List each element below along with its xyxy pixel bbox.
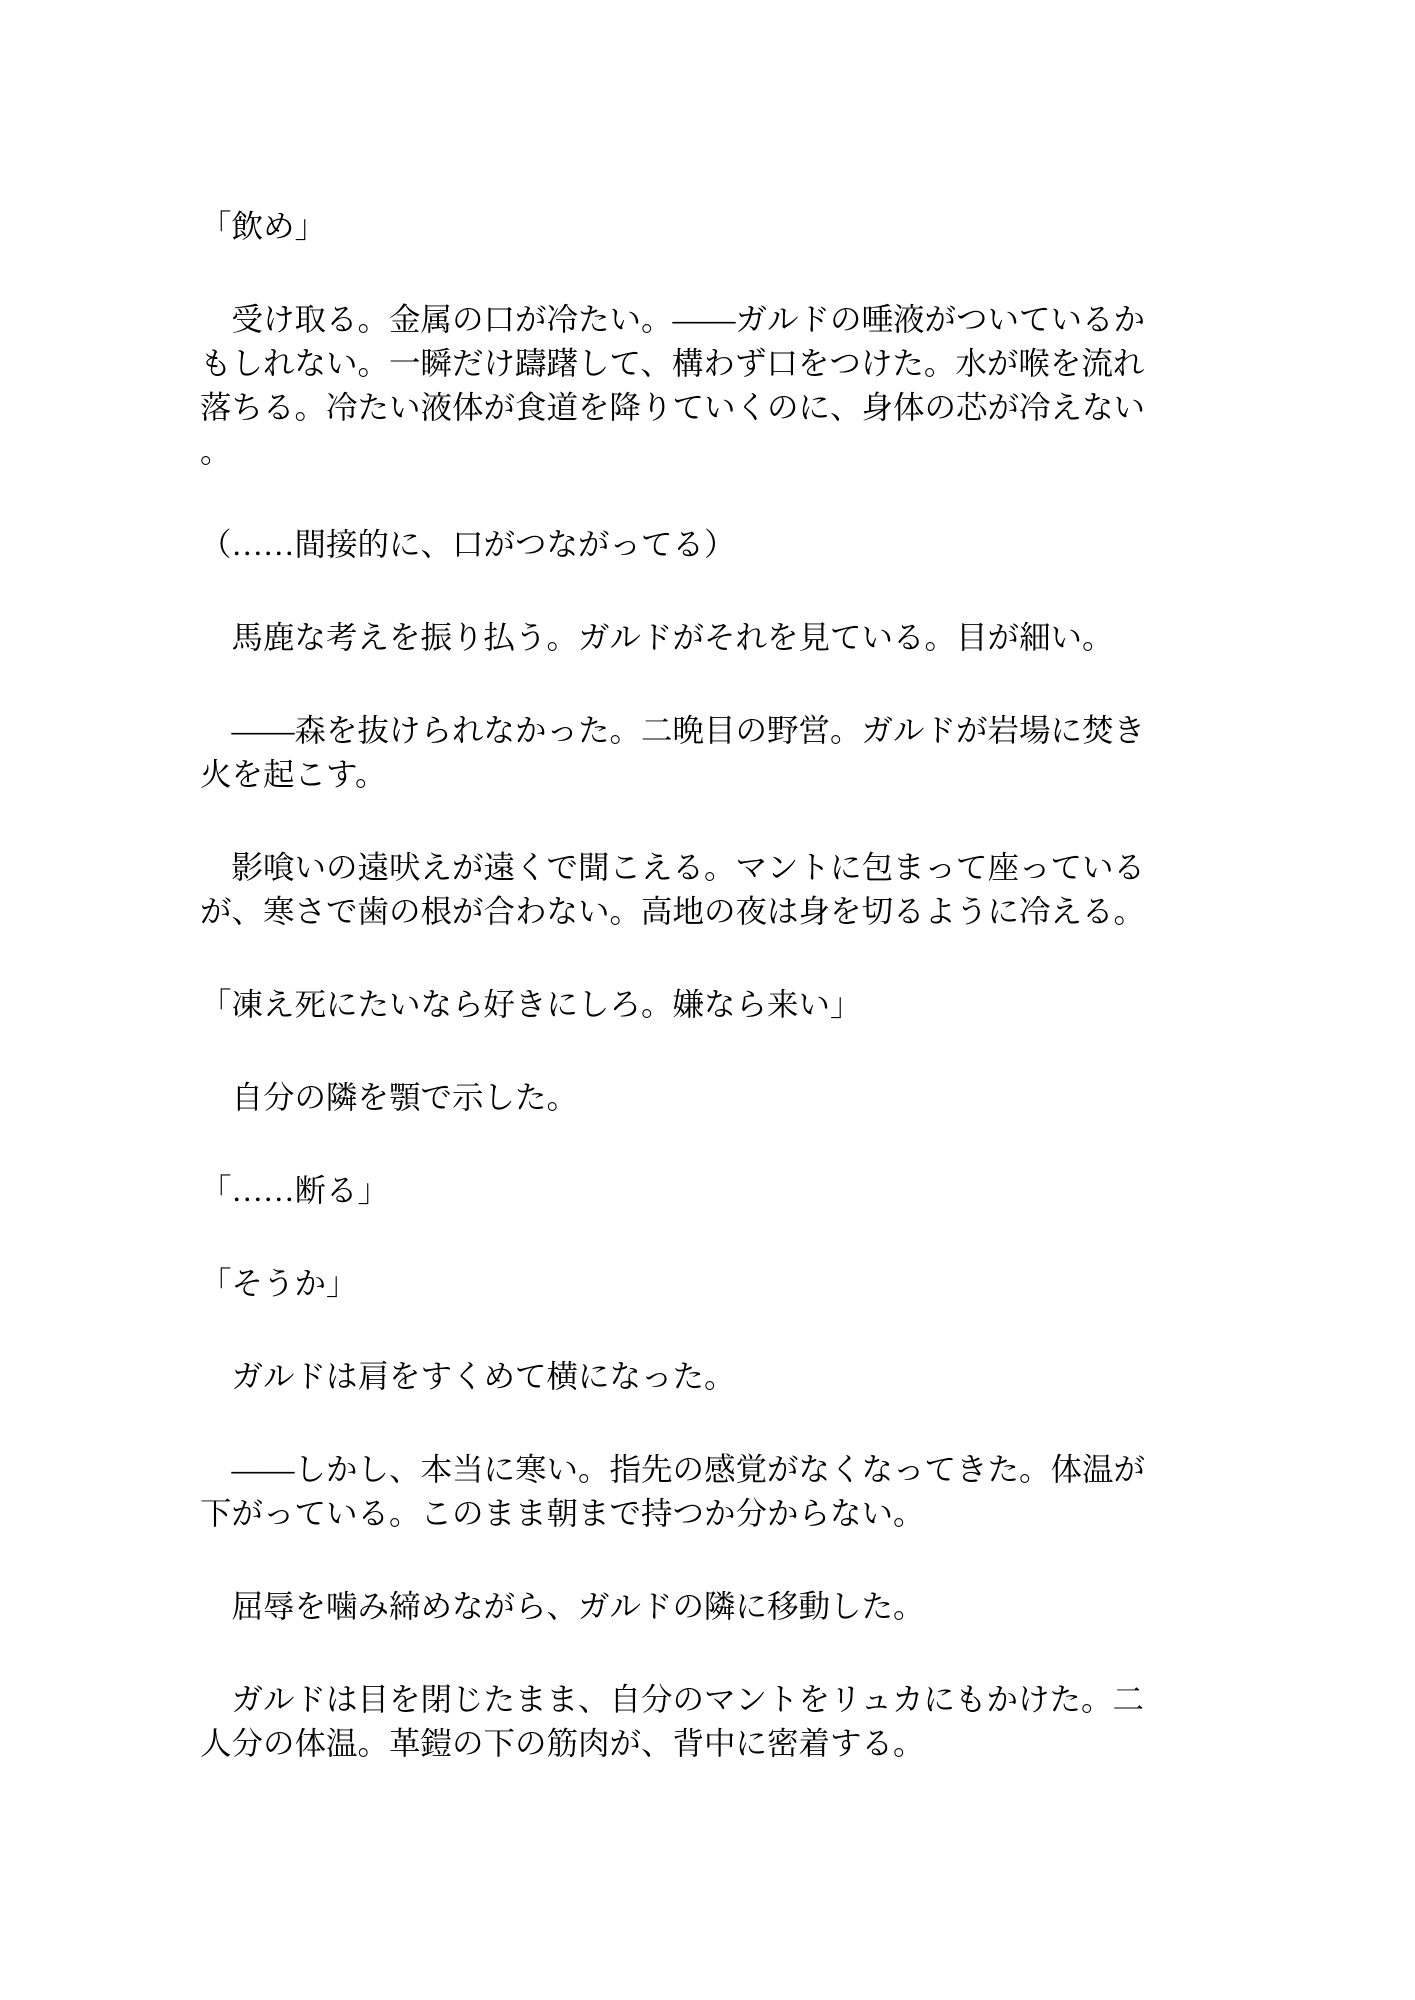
text-line: が、寒さで歯の根が合わない。高地の夜は身を切るように冷える。 xyxy=(200,890,1152,934)
text-line: 受け取る。金属の口が冷たい。——ガルドの唾液がついているか xyxy=(200,298,1152,342)
text-line: 「そうか」 xyxy=(200,1262,1152,1306)
novel-page: 「飲め」 受け取る。金属の口が冷たい。——ガルドの唾液がついているかもしれない。… xyxy=(0,0,1415,2000)
text-line: 馬鹿な考えを振り払う。ガルドがそれを見ている。目が細い。 xyxy=(200,616,1152,660)
text-line: 屈辱を噛み締めながら、ガルドの隣に移動した。 xyxy=(200,1585,1152,1629)
text-line: ガルドは目を閉じたまま、自分のマントをリュカにもかけた。二 xyxy=(200,1678,1152,1722)
paragraph-narration: ガルドは目を閉じたまま、自分のマントをリュカにもかけた。二人分の体温。革鎧の下の… xyxy=(200,1678,1152,1766)
paragraph-narration: ガルドは肩をすくめて横になった。 xyxy=(200,1355,1152,1399)
paragraph-narration: ——森を抜けられなかった。二晩目の野営。ガルドが岩場に焚き火を起こす。 xyxy=(200,709,1152,797)
text-line: 人分の体温。革鎧の下の筋肉が、背中に密着する。 xyxy=(200,1722,1152,1766)
text-line: 下がっている。このまま朝まで持つか分からない。 xyxy=(200,1492,1152,1536)
text-line: 「飲め」 xyxy=(200,205,1152,249)
paragraph-narration: 影喰いの遠吠えが遠くで聞こえる。マントに包まって座っているが、寒さで歯の根が合わ… xyxy=(200,846,1152,934)
paragraph-narration: 受け取る。金属の口が冷たい。——ガルドの唾液がついているかもしれない。一瞬だけ躊… xyxy=(200,298,1152,474)
text-line: 「……断る」 xyxy=(200,1169,1152,1213)
text-line: （……間接的に、口がつながってる） xyxy=(200,523,1152,567)
text-line: 自分の隣を顎で示した。 xyxy=(200,1076,1152,1120)
paragraph-narration: ——しかし、本当に寒い。指先の感覚がなくなってきた。体温が下がっている。このまま… xyxy=(200,1448,1152,1536)
text-line: ——しかし、本当に寒い。指先の感覚がなくなってきた。体温が xyxy=(200,1448,1152,1492)
text-line: ガルドは肩をすくめて横になった。 xyxy=(200,1355,1152,1399)
page-text: 「飲め」 受け取る。金属の口が冷たい。——ガルドの唾液がついているかもしれない。… xyxy=(200,205,1152,1766)
text-line: 。 xyxy=(200,430,1152,474)
paragraph-dialogue: 「……断る」 xyxy=(200,1169,1152,1213)
text-line: 落ちる。冷たい液体が食道を降りていくのに、身体の芯が冷えない xyxy=(200,386,1152,430)
paragraph-narration: 屈辱を噛み締めながら、ガルドの隣に移動した。 xyxy=(200,1585,1152,1629)
paragraph-dialogue: 「凍え死にたいなら好きにしろ。嫌なら来い」 xyxy=(200,983,1152,1027)
text-line: もしれない。一瞬だけ躊躇して、構わず口をつけた。水が喉を流れ xyxy=(200,342,1152,386)
paragraph-narration: 自分の隣を顎で示した。 xyxy=(200,1076,1152,1120)
paragraph-dialogue: 「そうか」 xyxy=(200,1262,1152,1306)
text-line: 火を起こす。 xyxy=(200,753,1152,797)
paragraph-thought: （……間接的に、口がつながってる） xyxy=(200,523,1152,567)
paragraph-dialogue: 「飲め」 xyxy=(200,205,1152,249)
text-line: 「凍え死にたいなら好きにしろ。嫌なら来い」 xyxy=(200,983,1152,1027)
text-line: 影喰いの遠吠えが遠くで聞こえる。マントに包まって座っている xyxy=(200,846,1152,890)
paragraph-narration: 馬鹿な考えを振り払う。ガルドがそれを見ている。目が細い。 xyxy=(200,616,1152,660)
text-line: ——森を抜けられなかった。二晩目の野営。ガルドが岩場に焚き xyxy=(200,709,1152,753)
